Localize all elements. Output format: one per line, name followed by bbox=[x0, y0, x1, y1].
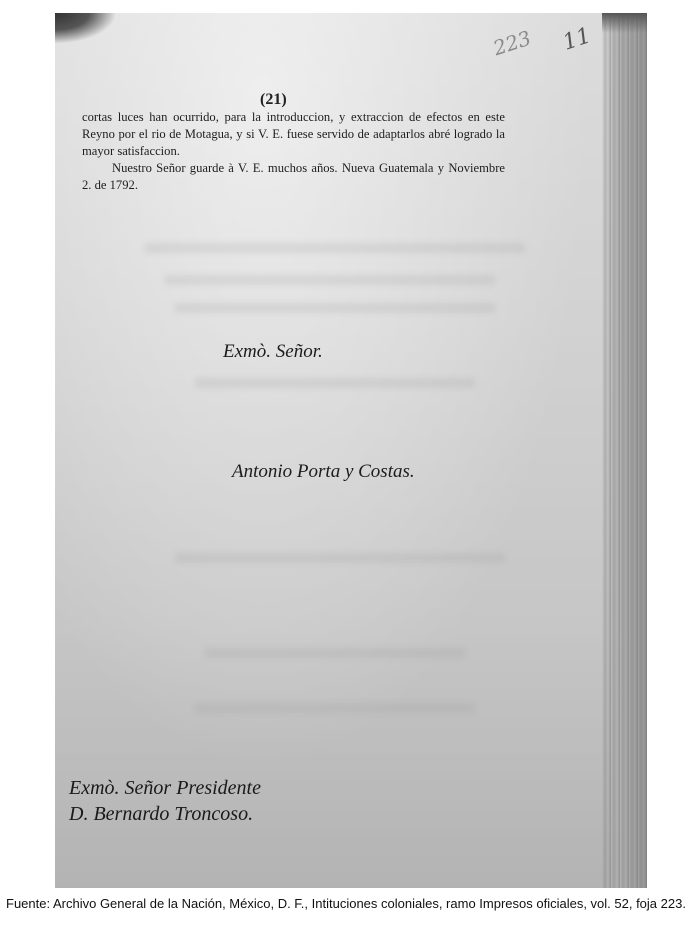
document-scan: 223 11 (21) cortas luces han ocurrido, p… bbox=[55, 13, 647, 888]
page-edges bbox=[602, 13, 647, 888]
show-through-text bbox=[145, 243, 525, 253]
corner-shadow bbox=[55, 13, 115, 43]
show-through-text bbox=[165, 275, 495, 285]
body-paragraph: Nuestro Señor guarde à V. E. muchos años… bbox=[82, 160, 505, 194]
show-through-text bbox=[195, 378, 475, 388]
handwritten-folio-number: 223 bbox=[490, 26, 534, 61]
handwritten-mark: 11 bbox=[560, 23, 594, 55]
body-text: cortas luces han ocurrido, para la intro… bbox=[82, 109, 505, 194]
signature: Antonio Porta y Costas. bbox=[232, 461, 415, 483]
show-through-text bbox=[175, 553, 505, 563]
page-number: (21) bbox=[260, 91, 287, 109]
addressee-line: Exmò. Señor Presidente bbox=[69, 775, 261, 801]
addressee: Exmò. Señor Presidente D. Bernardo Tronc… bbox=[69, 775, 261, 827]
body-paragraph: cortas luces han ocurrido, para la intro… bbox=[82, 109, 505, 160]
addressee-line: D. Bernardo Troncoso. bbox=[69, 801, 261, 827]
show-through-text bbox=[205, 648, 465, 658]
source-caption: Fuente: Archivo General de la Nación, Mé… bbox=[6, 896, 694, 911]
show-through-text bbox=[195, 703, 475, 713]
show-through-text bbox=[175, 303, 495, 313]
page-edges-shadow bbox=[602, 13, 647, 33]
salutation: Exmò. Señor. bbox=[223, 341, 323, 363]
